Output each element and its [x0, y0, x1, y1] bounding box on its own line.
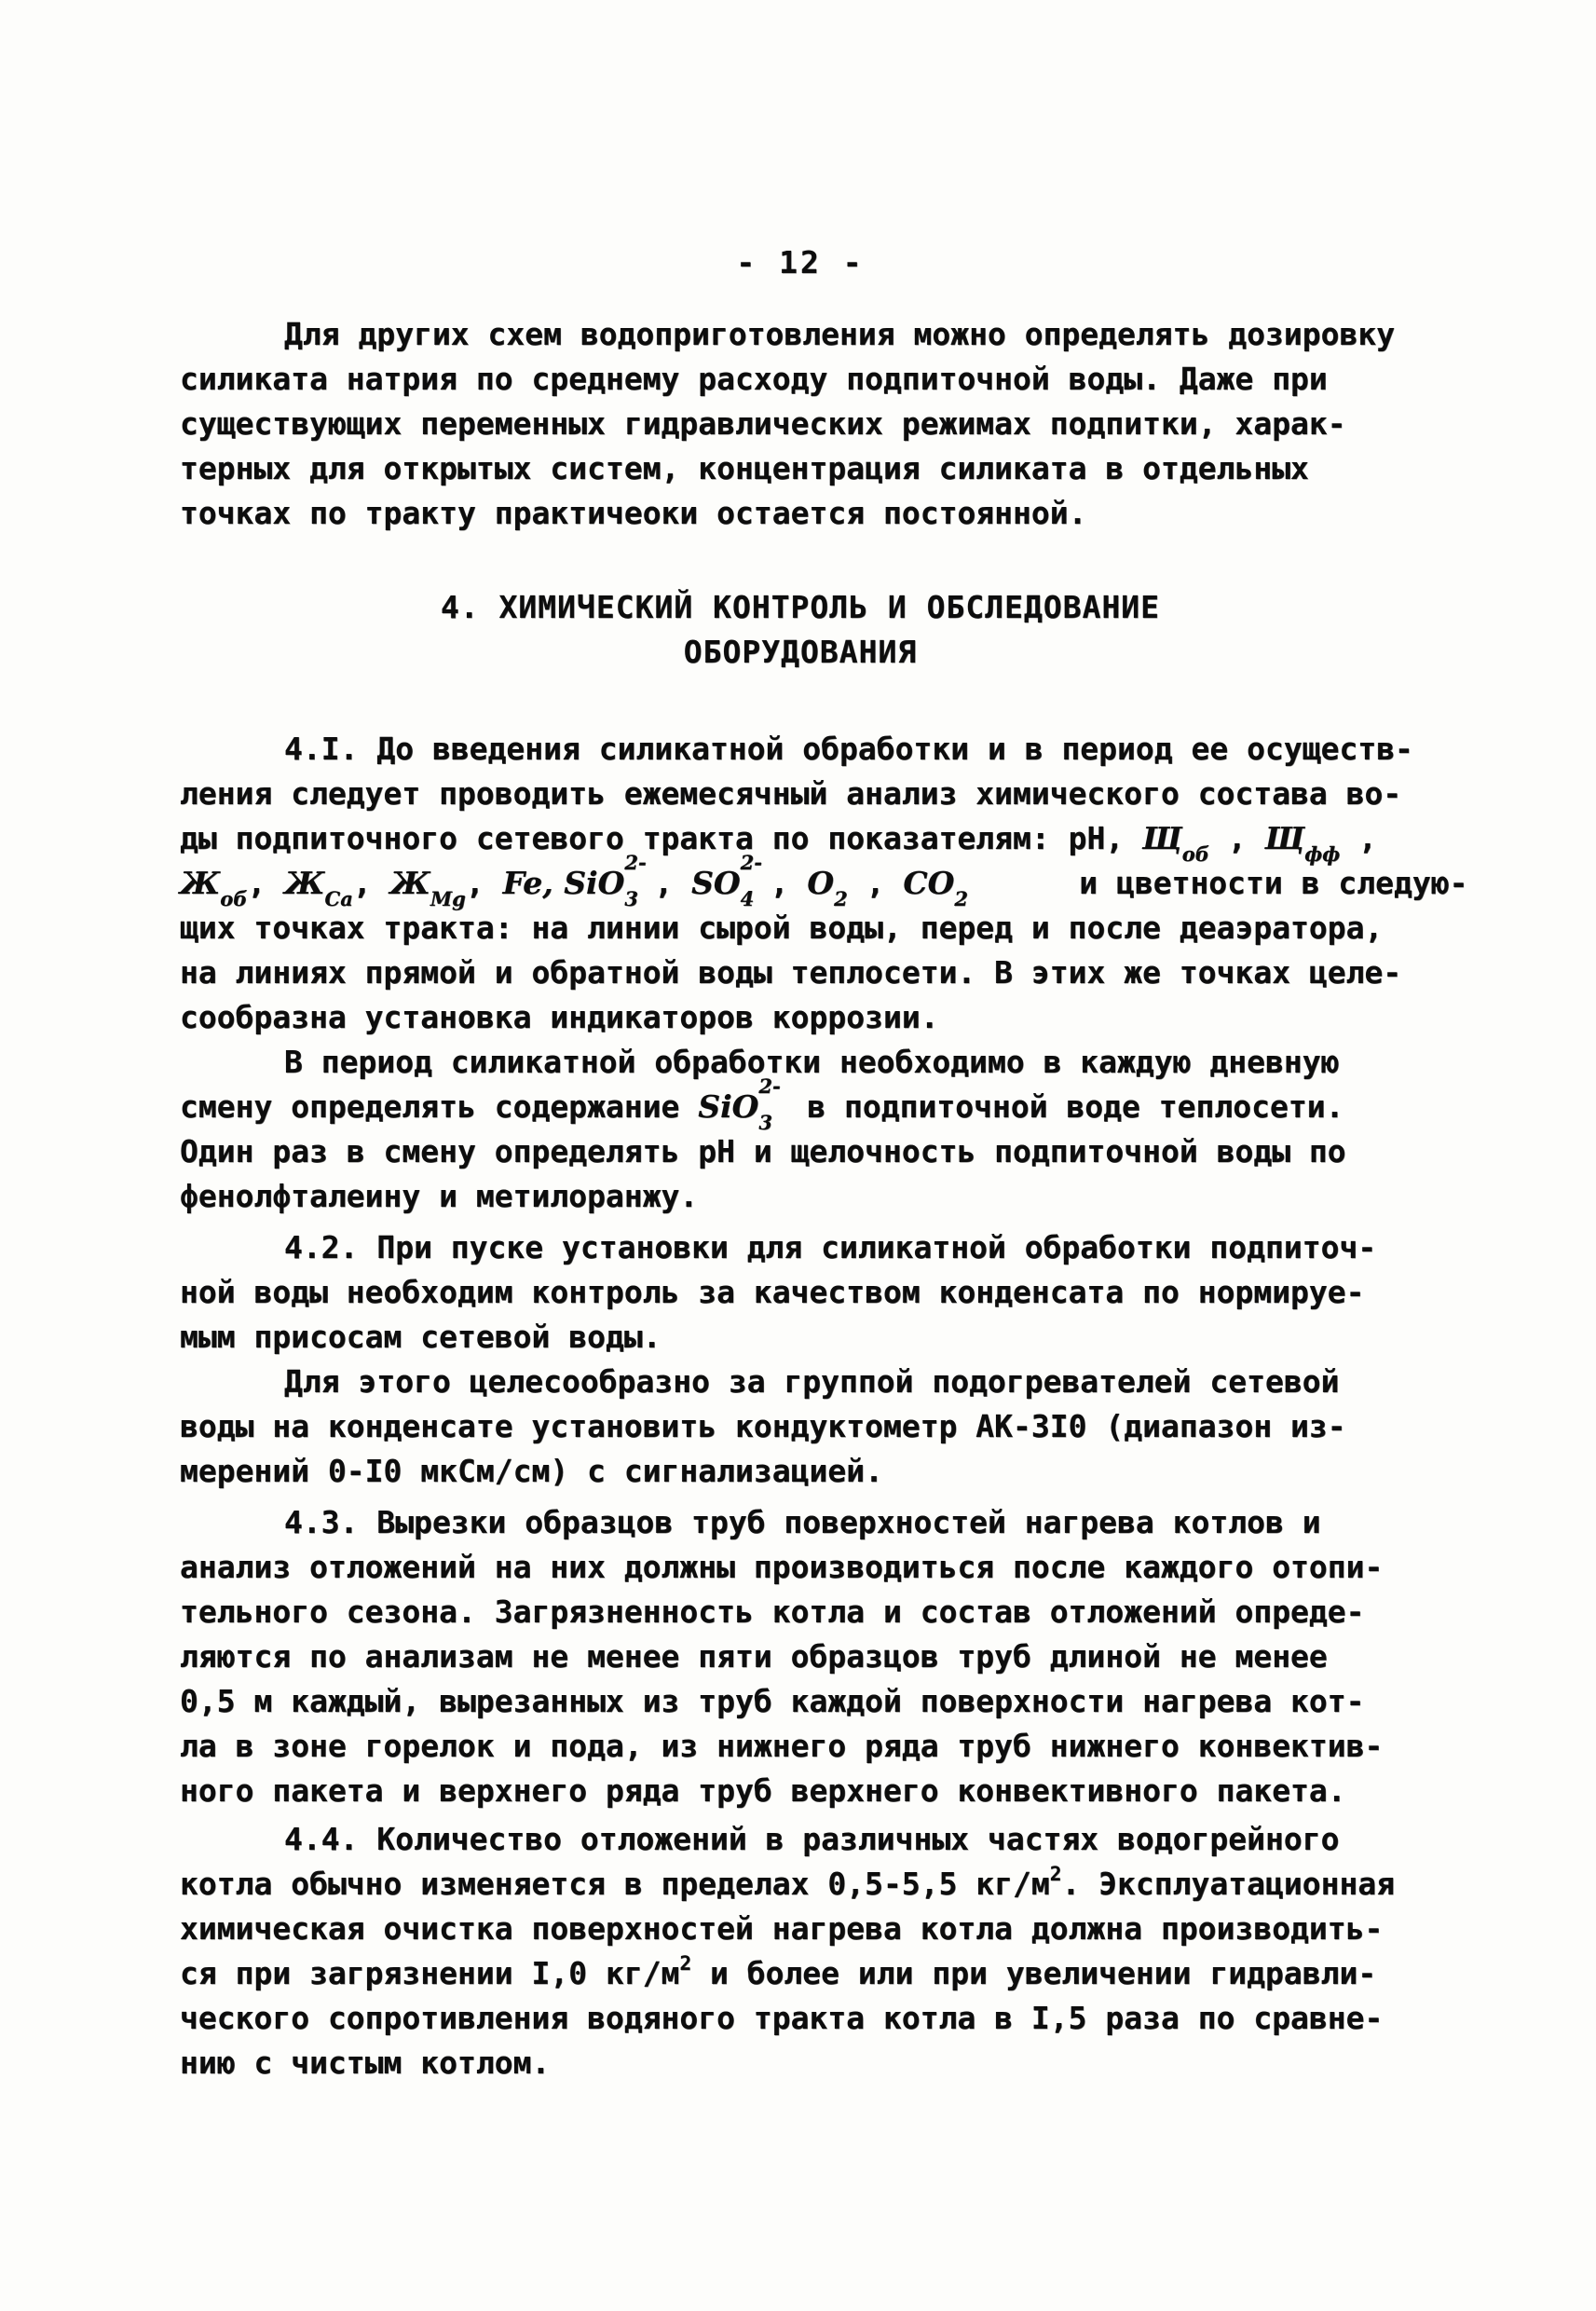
paragraph-4-4: 4.4. Количество отложений в различных ча…	[180, 1817, 1421, 2085]
text-line: ления следует проводить ежемесячный анал…	[180, 772, 1421, 816]
text-line: сообразна установка индикаторов коррозии…	[180, 995, 1421, 1040]
text-line: 0,5 м каждый, вырезанных из труб каждой …	[180, 1679, 1421, 1724]
text-line: ной воды необходим контроль за качеством…	[180, 1270, 1421, 1315]
paragraph-intro: Для других схем водоприготовления можно …	[180, 312, 1421, 536]
text-line: Для этого целесообразно за группой подог…	[180, 1360, 1421, 1404]
text-line: фенолфталеину и метилоранжу.	[180, 1174, 1421, 1219]
text-line: щих точках тракта: на линии сырой воды, …	[180, 906, 1421, 950]
formula-line: котла обычно изменяется в пределах 0,5-5…	[180, 1862, 1421, 1907]
page-number: - 12 -	[180, 240, 1421, 285]
text-line: 4.I. До введения силикатной обработки и …	[180, 727, 1421, 772]
text-line: существующих переменных гидравлических р…	[180, 402, 1421, 446]
text-line: Один раз в смену определять pH и щелочно…	[180, 1129, 1421, 1174]
text-line: силиката натрия по среднему расходу подп…	[180, 357, 1421, 402]
text-line: Для других схем водоприготовления можно …	[180, 312, 1421, 357]
text-line: тельного сезона. Загрязненность котла и …	[180, 1590, 1421, 1634]
paragraph-4-1: 4.I. До введения силикатной обработки и …	[180, 727, 1421, 1219]
text-line: мым присосам сетевой воды.	[180, 1315, 1421, 1360]
text-line: 4.2. При пуске установки для силикатной …	[180, 1225, 1421, 1270]
formula-line: ся при загрязнении I,0 кг/м2 и более или…	[180, 1951, 1421, 1996]
text-line: В период силикатной обработки необходимо…	[180, 1040, 1421, 1085]
text-line: ляются по анализам не менее пяти образцо…	[180, 1634, 1421, 1679]
text-line: ческого сопротивления водяного тракта ко…	[180, 1996, 1421, 2041]
text-line: терных для открытых систем, концентрация…	[180, 446, 1421, 491]
formula-line: Жоб, ЖСа, ЖМg, Fe, SiO2-3, SO2-4, O2 , C…	[180, 861, 1421, 906]
text-line: нию с чистым котлом.	[180, 2041, 1421, 2085]
text-line: анализ отложений на них должны производи…	[180, 1545, 1421, 1590]
text-line: 4.4. Количество отложений в различных ча…	[180, 1817, 1421, 1862]
paragraph-4-3: 4.3. Вырезки образцов труб поверхностей …	[180, 1500, 1421, 1813]
text-line: мерений 0-I0 мкСм/см) с сигнализацией.	[180, 1449, 1421, 1494]
formula-line: ды подпиточного сетевого тракта по показ…	[180, 816, 1421, 861]
paragraph-4-2: 4.2. При пуске установки для силикатной …	[180, 1225, 1421, 1494]
text-line: 4.3. Вырезки образцов труб поверхностей …	[180, 1500, 1421, 1545]
section-heading-line-1: 4. ХИМИЧЕСКИЙ КОНТРОЛЬ И ОБСЛЕДОВАНИЕ	[180, 585, 1421, 630]
formula-line: смену определять содержание SiO2-3 в под…	[180, 1085, 1421, 1129]
section-heading-line-2: ОБОРУДОВАНИЯ	[180, 630, 1421, 675]
text-line: ла в зоне горелок и пода, из нижнего ряд…	[180, 1724, 1421, 1769]
document-page: - 12 - Для других схем водоприготовления…	[0, 0, 1596, 2311]
text-line: ного пакета и верхнего ряда труб верхнег…	[180, 1769, 1421, 1813]
page-content: - 12 - Для других схем водоприготовления…	[180, 240, 1421, 2085]
section-heading: 4. ХИМИЧЕСКИЙ КОНТРОЛЬ И ОБСЛЕДОВАНИЕ ОБ…	[180, 585, 1421, 675]
text-line: химическая очистка поверхностей нагрева …	[180, 1907, 1421, 1951]
text-line: воды на конденсате установить кондуктоме…	[180, 1404, 1421, 1449]
text-line: точках по тракту практичеоки остается по…	[180, 491, 1421, 536]
text-line: на линиях прямой и обратной воды теплосе…	[180, 950, 1421, 995]
